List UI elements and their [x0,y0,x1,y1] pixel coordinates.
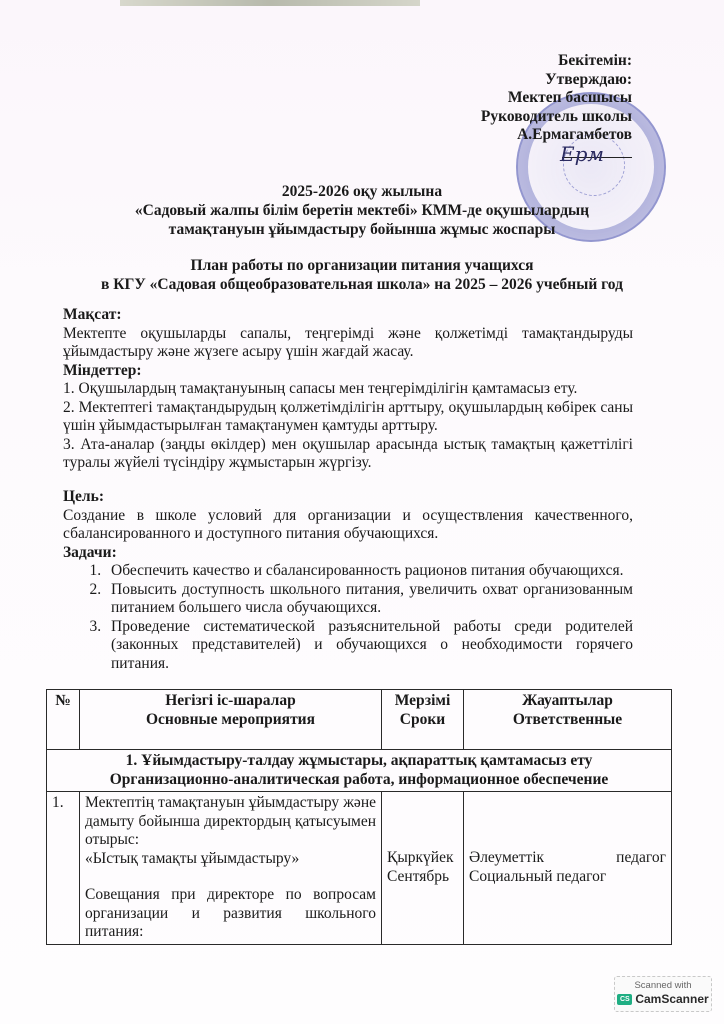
section-title: 1. Ұйымдастыру-талдау жұмыстары, ақпарат… [47,750,672,792]
row-term: Қыркүйек Сентябрь [382,792,464,945]
goal-text-ru: Создание в школе условий для организации… [63,507,633,544]
row-number: 1. [47,792,80,945]
section-header-row: 1. Ұйымдастыру-талдау жұмыстары, ақпарат… [47,750,672,792]
header-responsible: Жауаптылар Ответственные [464,690,672,750]
title-ru-line1: План работы по организации питания учащи… [0,256,724,275]
goals-kazakh: Мақсат: Мектепте оқушыларды сапалы, теңг… [63,306,633,473]
approve-kz: Бекітемін: [481,52,632,71]
responsible-kz: Әлеуметтік педагог [469,849,666,868]
responsible-ru: Социальный педагог [469,868,666,887]
title-russian: План работы по организации питания учащи… [0,256,724,294]
header-responsible-kz: Жауаптылар [469,692,666,711]
title-kz-line2: «Садовый жалпы білім беретін мектебі» КМ… [0,201,724,220]
header-terms-kz: Мерзімі [387,692,458,711]
goal-heading-kz: Мақсат: [63,306,633,325]
header-activities-ru: Основные мероприятия [85,711,376,730]
term-kz: Қыркүйек [387,849,458,868]
signature-icon: Ерм [560,142,604,166]
task-ru-1: Обеспечить качество и сбалансированность… [105,562,633,581]
approval-block: Бекітемін: Утверждаю: Мектеп басшысы Рук… [481,52,632,163]
scan-edge-artifact [120,0,420,6]
task-kz-1: 1. Оқушылардың тамақтануының сапасы мен … [63,380,633,399]
task-kz-3: 3. Ата-аналар (заңды өкілдер) мен оқушыл… [63,436,633,473]
goal-text-kz: Мектепте оқушыларды сапалы, теңгерімді ж… [63,325,633,362]
table-header-row: № Негізгі іс-шаралар Основные мероприяти… [47,690,672,750]
goal-heading-ru: Цель: [63,488,633,507]
header-terms-ru: Сроки [387,711,458,730]
row-activity: Мектептің тамақтануын ұйымдастыру және д… [80,792,382,945]
tasks-list-ru: Обеспечить качество и сбалансированность… [87,562,633,673]
role-kz: Мектеп басшысы [481,89,632,108]
approve-ru: Утверждаю: [481,71,632,90]
header-no: № [47,690,80,750]
header-activities-kz: Негізгі іс-шаралар [85,692,376,711]
term-ru: Сентябрь [387,868,458,887]
scanned-document-page: Бекітемін: Утверждаю: Мектеп басшысы Рук… [0,0,724,1024]
title-ru-line2: в КГУ «Садовая общеобразовательная школа… [0,275,724,294]
activities-table: № Негізгі іс-шаралар Основные мероприяти… [46,689,672,945]
director-name: А.Ермагамбетов [481,126,632,145]
watermark-text: Scanned with [615,980,711,991]
section-title-kz: 1. Ұйымдастыру-талдау жұмыстары, ақпарат… [52,752,666,771]
section-title-ru: Организационно-аналитическая работа, инф… [52,771,666,790]
activity-kz-quote: «Ыстық тамақты ұйымдастыру» [85,850,376,869]
row-responsible: Әлеуметтік педагог Социальный педагог [464,792,672,945]
task-ru-2: Повысить доступность школьного питания, … [105,581,633,618]
table-row: 1. Мектептің тамақтануын ұйымдастыру жән… [47,792,672,945]
task-ru-3: Проведение систематической разъяснительн… [105,618,633,674]
title-kazakh: 2025-2026 оқу жылына «Садовый жалпы білі… [0,182,724,239]
tasks-heading-kz: Міндеттер: [63,362,633,381]
role-ru: Руководитель школы [481,108,632,127]
tasks-heading-ru: Задачи: [63,544,633,563]
watermark-brand: CamScanner [635,992,708,1006]
camscanner-watermark: Scanned with CS CamScanner [614,976,712,1012]
activity-kz: Мектептің тамақтануын ұйымдастыру және д… [85,794,376,850]
camscanner-logo-icon: CS [617,994,632,1005]
task-kz-2: 2. Мектептегі тамақтандырудың қолжетімді… [63,399,633,436]
title-kz-line1: 2025-2026 оқу жылына [0,182,724,201]
goals-russian: Цель: Создание в школе условий для орган… [63,488,633,673]
activity-ru: Совещания при директоре по вопросам орга… [85,886,376,942]
header-activities: Негізгі іс-шаралар Основные мероприятия [80,690,382,750]
title-kz-line3: тамақтануын ұйымдастыру бойынша жұмыс жо… [0,220,724,239]
header-terms: Мерзімі Сроки [382,690,464,750]
header-responsible-ru: Ответственные [469,711,666,730]
